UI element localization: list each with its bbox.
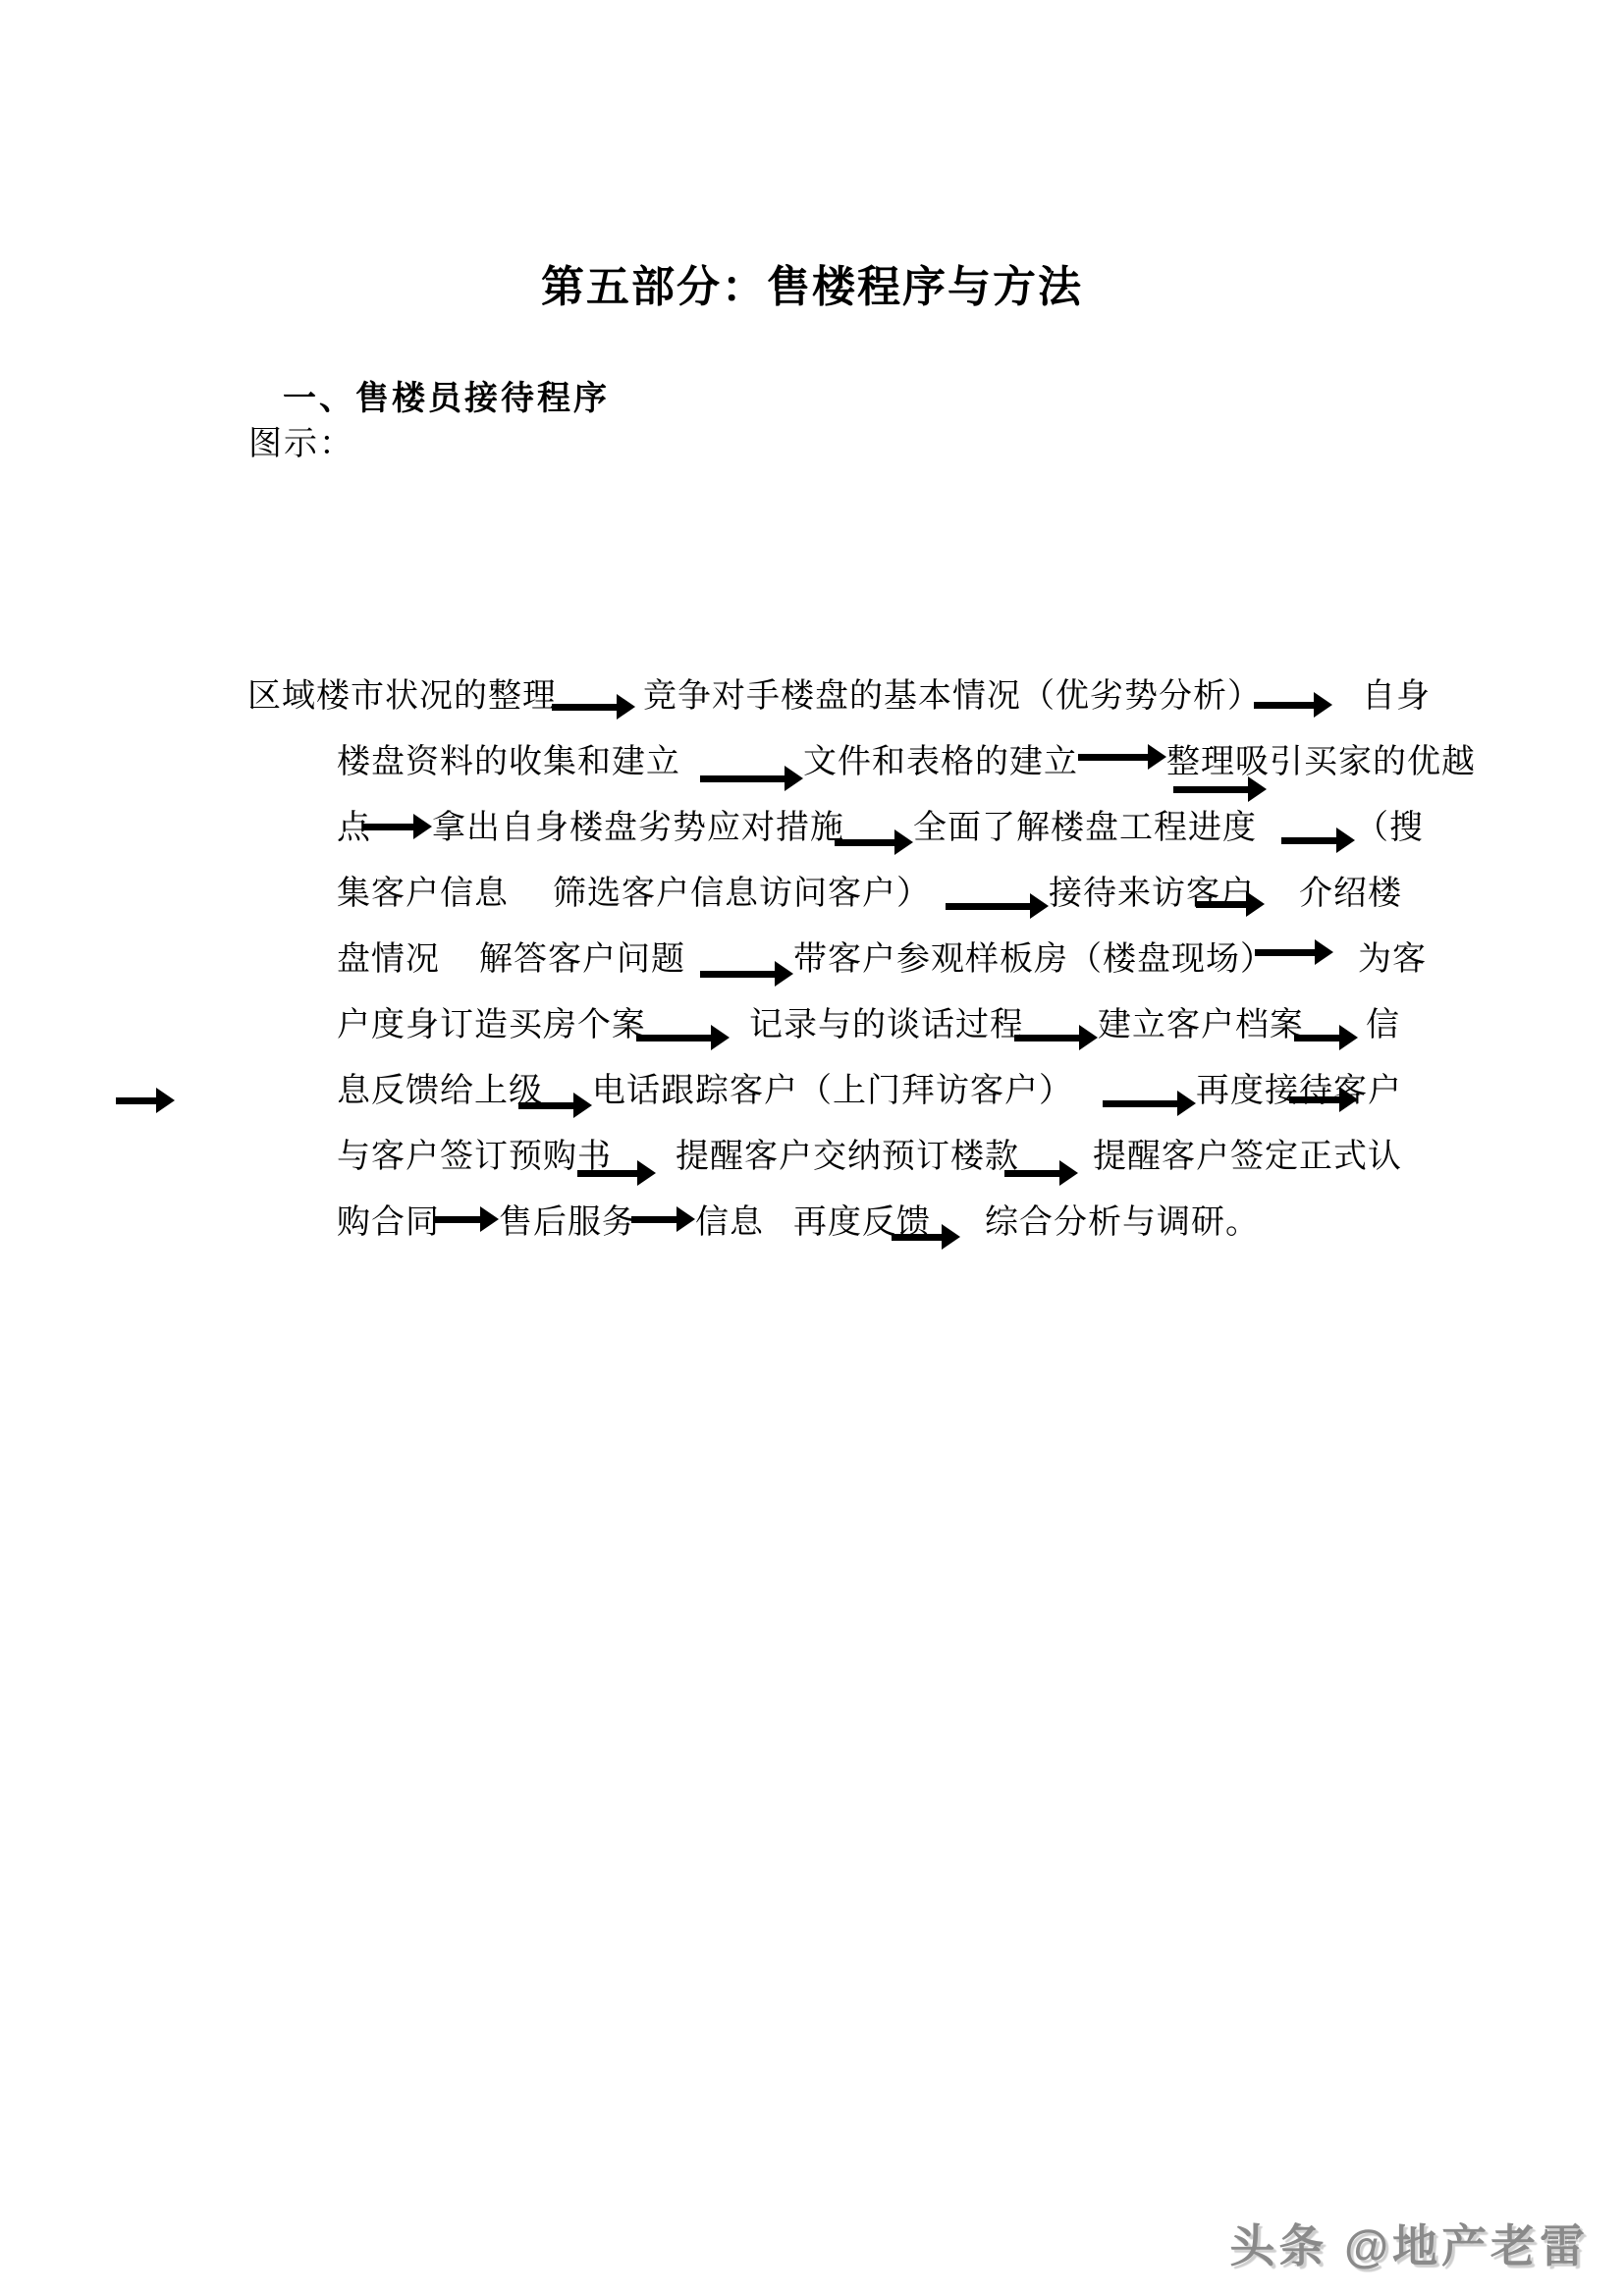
page-title: 第五部分：售楼程序与方法 — [0, 251, 1624, 314]
flow-text: 拿出自身楼盘劣势应对措施 — [432, 810, 844, 846]
flow-arrow — [1014, 1025, 1098, 1050]
flow-text: 区域楼市状况的整理 — [247, 678, 557, 715]
flow-arrow — [1254, 692, 1332, 718]
flow-arrow — [892, 1224, 960, 1250]
flow-arrow — [636, 1025, 730, 1050]
flow-line: 楼盘资料的收集和建立文件和表格的建立整理吸引买家的优越 — [247, 729, 1476, 795]
flow-arrow — [116, 1088, 175, 1113]
flow-text: 售后服务 — [499, 1204, 636, 1241]
flow-text: （搜 — [1355, 810, 1424, 846]
flow-arrow — [1078, 744, 1166, 770]
flow-text: 信 — [1366, 1007, 1400, 1043]
flow-gap — [1333, 962, 1358, 963]
flow-gap — [764, 1225, 793, 1226]
flow-text: 介绍楼 — [1299, 876, 1402, 912]
flow-gap — [1265, 896, 1299, 897]
flow-text: 集客户信息 — [337, 876, 509, 912]
flow-text: 全面了解楼盘工程进度 — [913, 810, 1257, 846]
section-heading: 一、售楼员接待程序 — [283, 371, 610, 419]
flow-gap — [440, 962, 479, 963]
flow-gap — [730, 1028, 749, 1029]
document-page: 第五部分：售楼程序与方法 一、售楼员接待程序 图示： 区域楼市状况的整理竞争对手… — [0, 0, 1624, 2296]
flow-line: 集客户信息筛选客户信息访问客户）接待来访客户介绍楼 — [247, 861, 1476, 927]
flow-gap — [635, 699, 643, 700]
flow-text: 购合同 — [337, 1204, 440, 1241]
flow-arrow — [1255, 939, 1333, 965]
flow-text: 信息 — [695, 1204, 764, 1241]
flow-text: 息反馈给上级 — [337, 1073, 543, 1109]
flow-arrow — [1103, 1091, 1196, 1116]
flow-arrow — [1289, 1087, 1358, 1112]
flow-gap — [1078, 1159, 1093, 1160]
flow-text: 楼盘资料的收集和建立 — [337, 744, 680, 780]
flow-line: 息反馈给上级电话跟踪客户（上门拜访客户）再度接待客户 — [247, 1058, 1476, 1124]
flow-text: 竞争对手楼盘的基本情况（优劣势分析） — [643, 678, 1262, 715]
flow-text: 自身 — [1362, 678, 1431, 715]
flow-gap — [509, 896, 553, 897]
flow-arrow — [435, 1206, 499, 1232]
flow-text: 为客 — [1358, 941, 1427, 978]
flow-arrow — [1004, 1160, 1078, 1186]
diagram-label: 图示： — [248, 416, 354, 464]
flow-line: 盘情况解答客户问题带客户参观样板房（楼盘现场）为客 — [247, 927, 1476, 992]
flow-text: 综合分析与调研。 — [985, 1204, 1260, 1241]
flow-arrow — [700, 961, 793, 987]
flow-arrow — [552, 694, 635, 720]
flow-text: 筛选客户信息访问客户） — [553, 876, 931, 912]
flow-text: 电话跟踪客户（上门拜访客户） — [592, 1073, 1073, 1109]
flow-arrow — [1294, 1025, 1358, 1050]
flow-text: 盘情况 — [337, 941, 440, 978]
flow-text: 与客户签订预购书 — [337, 1139, 612, 1175]
flow-text: 整理吸引买家的优越 — [1166, 744, 1476, 780]
flow-arrow — [363, 814, 432, 839]
flow-arrow — [835, 829, 913, 855]
flow-line: 与客户签订预购书提醒客户交纳预订楼款提醒客户签定正式认 — [247, 1124, 1476, 1190]
flow-text: 户度身订造买房个案 — [337, 1007, 646, 1043]
watermark: 头条 @地产老雷 — [1229, 2211, 1589, 2275]
flow-gap — [1257, 830, 1281, 831]
flow-text: 解答客户问题 — [479, 941, 685, 978]
flow-diagram: 区域楼市状况的整理竞争对手楼盘的基本情况（优劣势分析）自身楼盘资料的收集和建立文… — [247, 664, 1476, 1255]
flow-gap — [680, 765, 700, 766]
flow-arrow — [700, 766, 803, 791]
flow-gap — [931, 896, 946, 897]
flow-gap — [685, 962, 700, 963]
flow-text: 提醒客户签定正式认 — [1093, 1139, 1402, 1175]
flow-gap — [656, 1159, 676, 1160]
flow-gap — [1332, 699, 1362, 700]
flow-arrow — [577, 1160, 656, 1186]
flow-line: 购合同售后服务信息再度反馈综合分析与调研。 — [247, 1190, 1476, 1255]
flow-text: 提醒客户交纳预订楼款 — [676, 1139, 1019, 1175]
flow-text: 建立客户档案 — [1098, 1007, 1304, 1043]
flow-text: 记录与的谈话过程 — [749, 1007, 1024, 1043]
flow-arrow — [1281, 828, 1355, 853]
flow-line: 点拿出自身楼盘劣势应对措施全面了解楼盘工程进度（搜 — [247, 795, 1476, 861]
flow-gap — [1073, 1094, 1103, 1095]
flow-text: 文件和表格的建立 — [803, 744, 1078, 780]
flow-arrow — [946, 893, 1049, 919]
flow-arrow — [631, 1206, 695, 1232]
flow-gap — [960, 1225, 985, 1226]
flow-arrow — [1196, 891, 1265, 917]
flow-line: 户度身订造买房个案记录与的谈话过程建立客户档案信 — [247, 992, 1476, 1058]
flow-arrow — [518, 1093, 592, 1118]
flow-line: 区域楼市状况的整理竞争对手楼盘的基本情况（优劣势分析）自身 — [247, 664, 1476, 729]
flow-text: 带客户参观样板房（楼盘现场） — [793, 941, 1274, 978]
flow-gap — [1358, 1028, 1366, 1029]
